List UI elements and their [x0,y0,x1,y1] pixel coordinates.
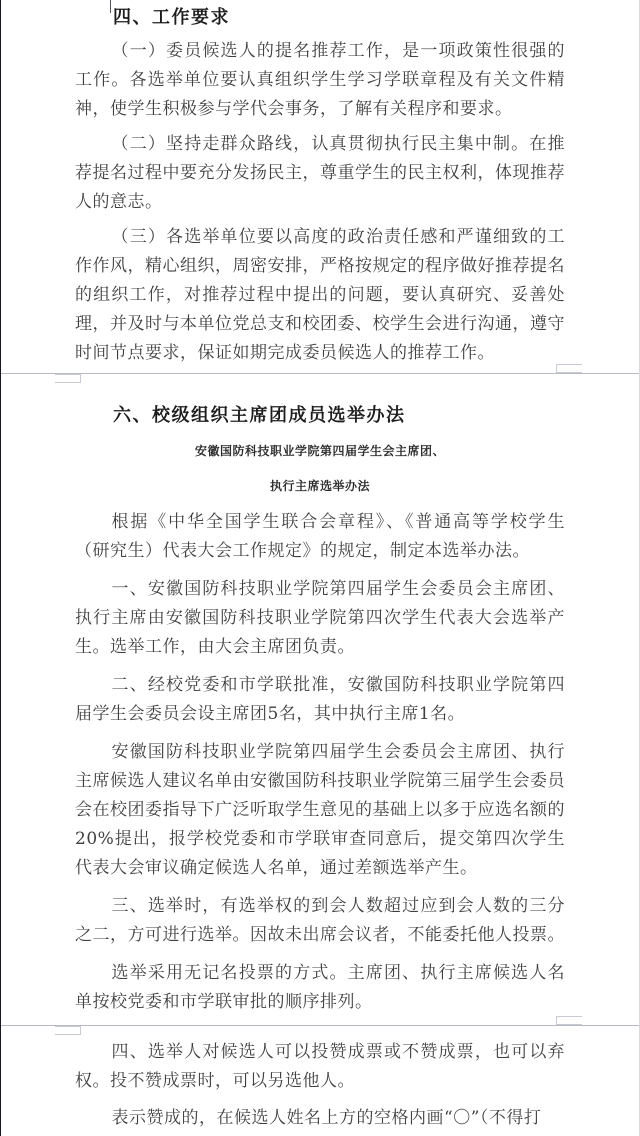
section-heading-election-measures: 六、校级组织主席团成员选举办法 [75,404,565,428]
paragraph-item-2: （二）坚持走群众路线，认真贯彻执行民主集中制。在推荐提名过程中要充分发扬民主，尊… [75,130,565,217]
page-break-2 [0,1025,640,1026]
page-break-1 [0,373,640,374]
paragraph-item-1: （一）委员候选人的提名推荐工作，是一项政策性很强的工作。各选举单位要认真组织学生… [75,37,565,124]
text-boundary-mark-icon [55,1026,81,1035]
paragraph-rule-1: 一、安徽国防科技职业学院第四届学生会委员会主席团、执行主席由安徽国防科技职业学院… [75,575,565,662]
paragraph-rule-4b: 表示赞成的，在候选人姓名上方的空格内画“〇”（不得打 [75,1104,565,1133]
page-2: 六、校级组织主席团成员选举办法 安徽国防科技职业学院第四届学生会主席团、 执行主… [0,374,640,1025]
paragraph-intro: 根据《中华全国学生联合会章程》、《普通高等学校学生（研究生）代表大会工作规定》的… [75,508,565,566]
section-heading-work-requirements: 四、工作要求 [75,6,565,30]
page-3: 四、选举人对候选人可以投赞成票或不赞成票，也可以弃权。投不赞成票时，可以另选他人… [0,1026,640,1136]
doc-title-line-2: 执行主席选举办法 [75,471,565,501]
page-1: 四、工作要求 （一）委员候选人的提名推荐工作，是一项政策性很强的工作。各选举单位… [0,0,640,373]
paragraph-rule-2: 二、经校党委和市学联批准，安徽国防科技职业学院第四届学生会委员会设主席团5名，其… [75,671,565,729]
viewer-left-edge [0,0,1,1136]
paragraph-rule-3: 三、选举时，有选举权的到会人数超过应到会人数的三分之二，方可进行选举。因故未出席… [75,892,565,950]
paragraph-rule-2b: 安徽国防科技职业学院第四届学生会委员会主席团、执行主席候选人建议名单由安徽国防科… [75,738,565,883]
text-boundary-mark-icon [55,374,81,383]
text-boundary-mark-icon [556,1016,582,1025]
doc-title-line-1: 安徽国防科技职业学院第四届学生会主席团、 [75,436,565,466]
paragraph-rule-3b: 选举采用无记名投票的方式。主席团、执行主席候选人名单按校党委和市学联审批的顺序排… [75,959,565,1017]
paragraph-item-3: （三）各选举单位要以高度的政治责任感和严谨细致的工作作风，精心组织，周密安排，严… [75,223,565,368]
document-viewer: { "document": { "section_four": { "headi… [0,0,640,1136]
text-boundary-mark-icon [556,364,582,373]
text-cursor [110,0,111,13]
paragraph-rule-4: 四、选举人对候选人可以投赞成票或不赞成票，也可以弃权。投不赞成票时，可以另选他人… [75,1038,565,1096]
